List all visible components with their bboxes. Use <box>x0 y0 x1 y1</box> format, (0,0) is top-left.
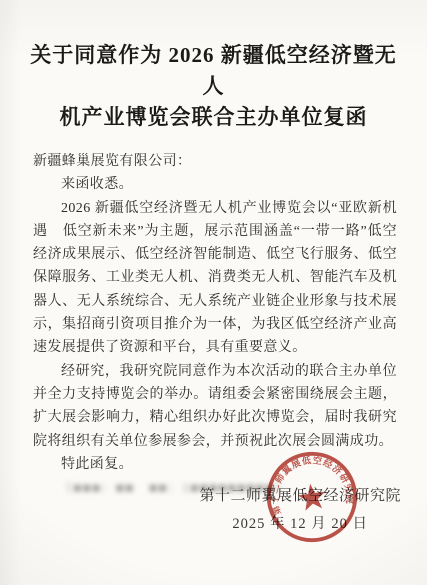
paragraph-expo-intro: 2026 新疆低空经济暨无人机产业博览会以“亚欧新机遇 低空新未来”为主题，展示… <box>33 197 397 360</box>
addressee-line: 新疆蜂巢展览有限公司： <box>33 150 397 173</box>
signature-org: 第十二师翼展低空经济研究院 <box>199 484 401 505</box>
paragraph-approval: 经研究，我研究院同意作为本次活动的联合主办单位并全力支持博览会的举办。请组委会紧… <box>33 360 397 453</box>
paragraph-closing: 特此函复。 <box>33 453 397 476</box>
paragraph-salutation: 来函收悉。 <box>33 173 397 196</box>
document-title: 关于同意作为 2026 新疆低空经济暨无人 机产业博览会联合主办单位复函 <box>24 40 403 133</box>
signature-block: 第十二师翼展低空经济研究院 2025 年 12 月 20 日 <box>199 484 401 533</box>
letter-body: 新疆蜂巢展览有限公司： 来函收悉。 2026 新疆低空经济暨无人机产业博览会以“… <box>33 150 397 499</box>
letter-page: 关于同意作为 2026 新疆低空经济暨无人 机产业博览会联合主办单位复函 新疆蜂… <box>0 0 427 585</box>
signature-date: 2025 年 12 月 20 日 <box>199 512 401 533</box>
title-line-2: 机产业博览会联合主办单位复函 <box>24 102 403 133</box>
title-line-1: 关于同意作为 2026 新疆低空经济暨无人 <box>24 40 403 102</box>
